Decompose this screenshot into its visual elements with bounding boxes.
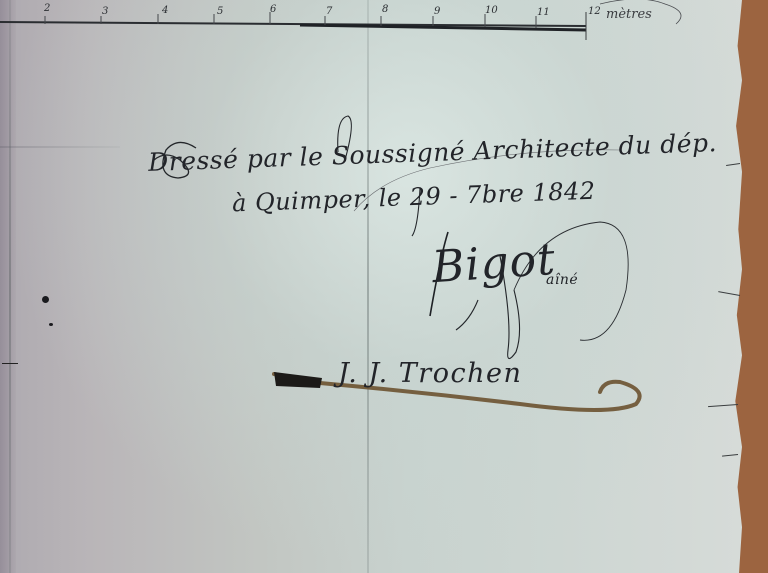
scale-bar-graphic — [0, 0, 768, 573]
scale-tick-label: 11 — [537, 7, 550, 18]
scale-tick-label: 4 — [162, 5, 168, 16]
scale-tick-label: 6 — [270, 4, 276, 15]
scale-tick-label: 2 — [44, 3, 50, 14]
scale-tick-label: 8 — [382, 4, 388, 15]
scale-tick-label: 12 — [588, 6, 601, 17]
signature-bigot: Bigot — [430, 234, 557, 294]
signature-suffix-aine: aîné — [546, 272, 578, 288]
scale-tick-label: 5 — [217, 6, 223, 17]
scale-tick-label: 3 — [102, 6, 108, 17]
scale-tick-label: 9 — [434, 6, 440, 17]
scale-unit-label: mètres — [606, 7, 652, 22]
signature-trochen: J. J. Trochen — [338, 358, 522, 389]
scale-tick-label: 10 — [485, 5, 498, 16]
document-photo: 2 3 4 5 6 7 8 9 10 11 12 mètres Dressé p… — [0, 0, 768, 573]
scale-tick-label: 7 — [326, 6, 332, 17]
